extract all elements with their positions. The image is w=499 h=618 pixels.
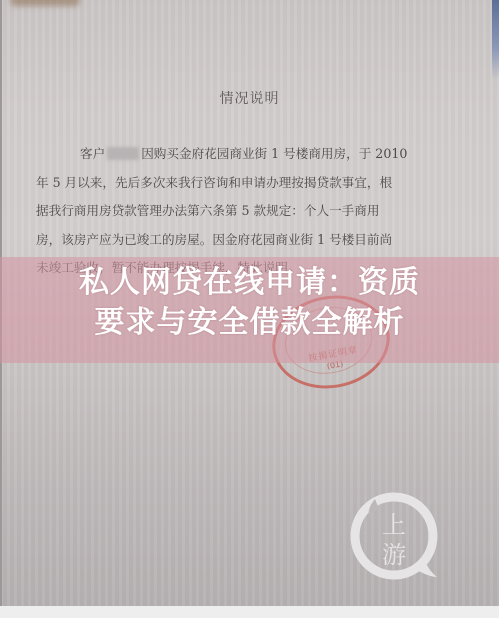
background-edge (492, 0, 499, 80)
customer-label: 客户 (80, 146, 105, 161)
shangyou-logo-icon: 上 游 (345, 487, 443, 585)
document-line-2: 年 5 月以来，先后多次来我行咨询和申请办理按揭贷款事宜，根 (36, 169, 420, 198)
line-1-text: 因购买金府花园商业街 1 号楼商用房，于 2010 (141, 146, 407, 161)
headline-line-2: 要求与安全借款全解析 (0, 303, 499, 343)
headline-title: 私人网贷在线申请：资质 要求与安全借款全解析 (0, 263, 499, 343)
redacted-name (107, 147, 139, 160)
watermark-char-1: 上 (382, 511, 406, 539)
document-line-4: 房，该房产应为已竣工的房屋。因金府花园商业街 1 号楼目前尚 (36, 226, 420, 255)
finger-shadow (10, 0, 80, 6)
watermark-char-2: 游 (382, 541, 406, 569)
document-line-1: 客户因购买金府花园商业街 1 号楼商用房，于 2010 (36, 140, 420, 169)
document-title: 情况说明 (0, 88, 499, 108)
bottom-margin (0, 606, 499, 618)
document-photo: 情况说明 客户因购买金府花园商业街 1 号楼商用房，于 2010 年 5 月以来… (0, 0, 499, 618)
document-line-3: 据我行商用房贷款管理办法第六条第 5 款规定：个人一手商用 (36, 197, 420, 226)
headline-line-1: 私人网贷在线申请：资质 (0, 263, 499, 303)
